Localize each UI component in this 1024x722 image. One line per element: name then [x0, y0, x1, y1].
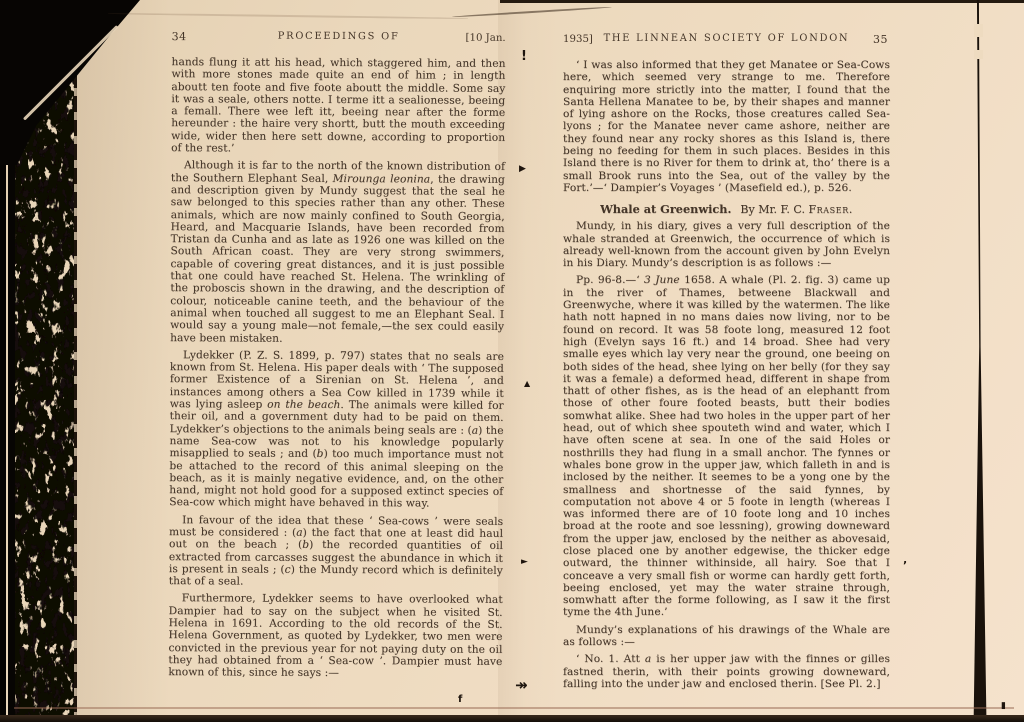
- paragraph: Mundy, in his diary, gives a very full d…: [563, 220, 890, 269]
- paragraph: ‘ I was also informed that they get Mana…: [563, 59, 890, 194]
- paragraph: Lydekker (P. Z. S. 1899, p. 797) states …: [169, 349, 504, 511]
- left-page: 34 PROCEEDINGS OF [10 Jan. hands flung i…: [168, 30, 505, 680]
- issue-date-ref: [10 Jan.: [465, 33, 505, 44]
- bottom-scan-strip: [0, 715, 1024, 722]
- right-page: 1935] THE LINNEAN SOCIETY OF LONDON 35 ‘…: [563, 33, 890, 690]
- paragraph: Mundy’s explanations of his drawings of …: [563, 624, 890, 649]
- ink-speck-apostrophe: ’: [903, 560, 907, 571]
- right-page-number: 35: [873, 33, 888, 46]
- text-run: By Mr. F. C.: [740, 203, 808, 216]
- text-run: hands flung it att his head, which stagg…: [171, 56, 506, 154]
- left-running-head: 34 PROCEEDINGS OF [10 Jan.: [172, 30, 506, 47]
- section-heading: Whale at Greenwich.By Mr. F. C. Fraser.: [563, 203, 890, 216]
- section-title: Whale at Greenwich.: [600, 202, 731, 216]
- ink-mark-f: f: [458, 695, 462, 705]
- ink-speck-exclamation: !: [521, 50, 527, 63]
- text-run: Mundy, in his diary, gives a very full d…: [563, 220, 890, 269]
- ink-mark-double-arrow: ↠: [515, 678, 528, 693]
- text-run: 3 June: [644, 274, 680, 286]
- page-bottom-edge-line: [14, 707, 1014, 709]
- right-running-title: THE LINNEAN SOCIETY OF LONDON: [563, 33, 890, 44]
- paragraph: Furthermore, Lydekker seems to have over…: [168, 593, 502, 681]
- right-edge-gap: [974, 24, 983, 37]
- text-run: Fraser.: [808, 203, 852, 216]
- text-run: Furthermore, Lydekker seems to have over…: [168, 593, 502, 680]
- paragraph: hands flung it att his head, which stagg…: [171, 56, 506, 156]
- page-edge-line: [74, 0, 77, 722]
- ink-blob: ▮: [1001, 702, 1006, 711]
- text-run: ‘ I was also informed that they get Mana…: [563, 59, 890, 194]
- left-running-title: PROCEEDINGS OF: [172, 30, 506, 43]
- paragraph: Pp. 96-8.—‘ 3 June 1658. A whale (Pl. 2.…: [563, 274, 890, 618]
- text-run: on the beach: [267, 399, 340, 411]
- paragraph: In favour of the idea that these ‘ Sea-c…: [169, 514, 503, 590]
- paragraph: Although it is far to the north of the k…: [170, 160, 505, 346]
- ink-speck-arrowhead-lower: ►: [521, 558, 528, 567]
- top-edge-shadow: [500, 0, 1024, 3]
- right-running-head: 1935] THE LINNEAN SOCIETY OF LONDON 35: [563, 33, 890, 48]
- scanned-book-spread: 34 PROCEEDINGS OF [10 Jan. hands flung i…: [0, 0, 1024, 722]
- ink-speck-triangle: ▲: [524, 380, 530, 388]
- section-byline: By Mr. F. C. Fraser.: [740, 203, 853, 216]
- left-page-body: hands flung it att his head, which stagg…: [168, 56, 505, 680]
- text-run: Mirounga leonina: [333, 173, 431, 186]
- text-run: , the drawing and description given by M…: [170, 173, 505, 344]
- center-fold-shadow: [498, 0, 560, 722]
- right-page-body: Mundy, in his diary, gives a very full d…: [563, 220, 890, 690]
- text-run: Pp. 96-8.—‘: [576, 274, 644, 286]
- ink-speck-arrowhead-upper: ▶: [519, 165, 526, 174]
- text-run: 1658. A whale (Pl. 2. fig. 3) came up in…: [563, 274, 890, 618]
- paragraph: ‘ No. 1. Att a is her upper jaw with the…: [563, 653, 890, 690]
- text-run: ‘ No. 1. Att: [576, 653, 645, 665]
- right-edge-gap: [974, 50, 983, 59]
- text-run: Mundy’s explanations of his drawings of …: [563, 624, 890, 648]
- right-page-intro: ‘ I was also informed that they get Mana…: [563, 59, 890, 194]
